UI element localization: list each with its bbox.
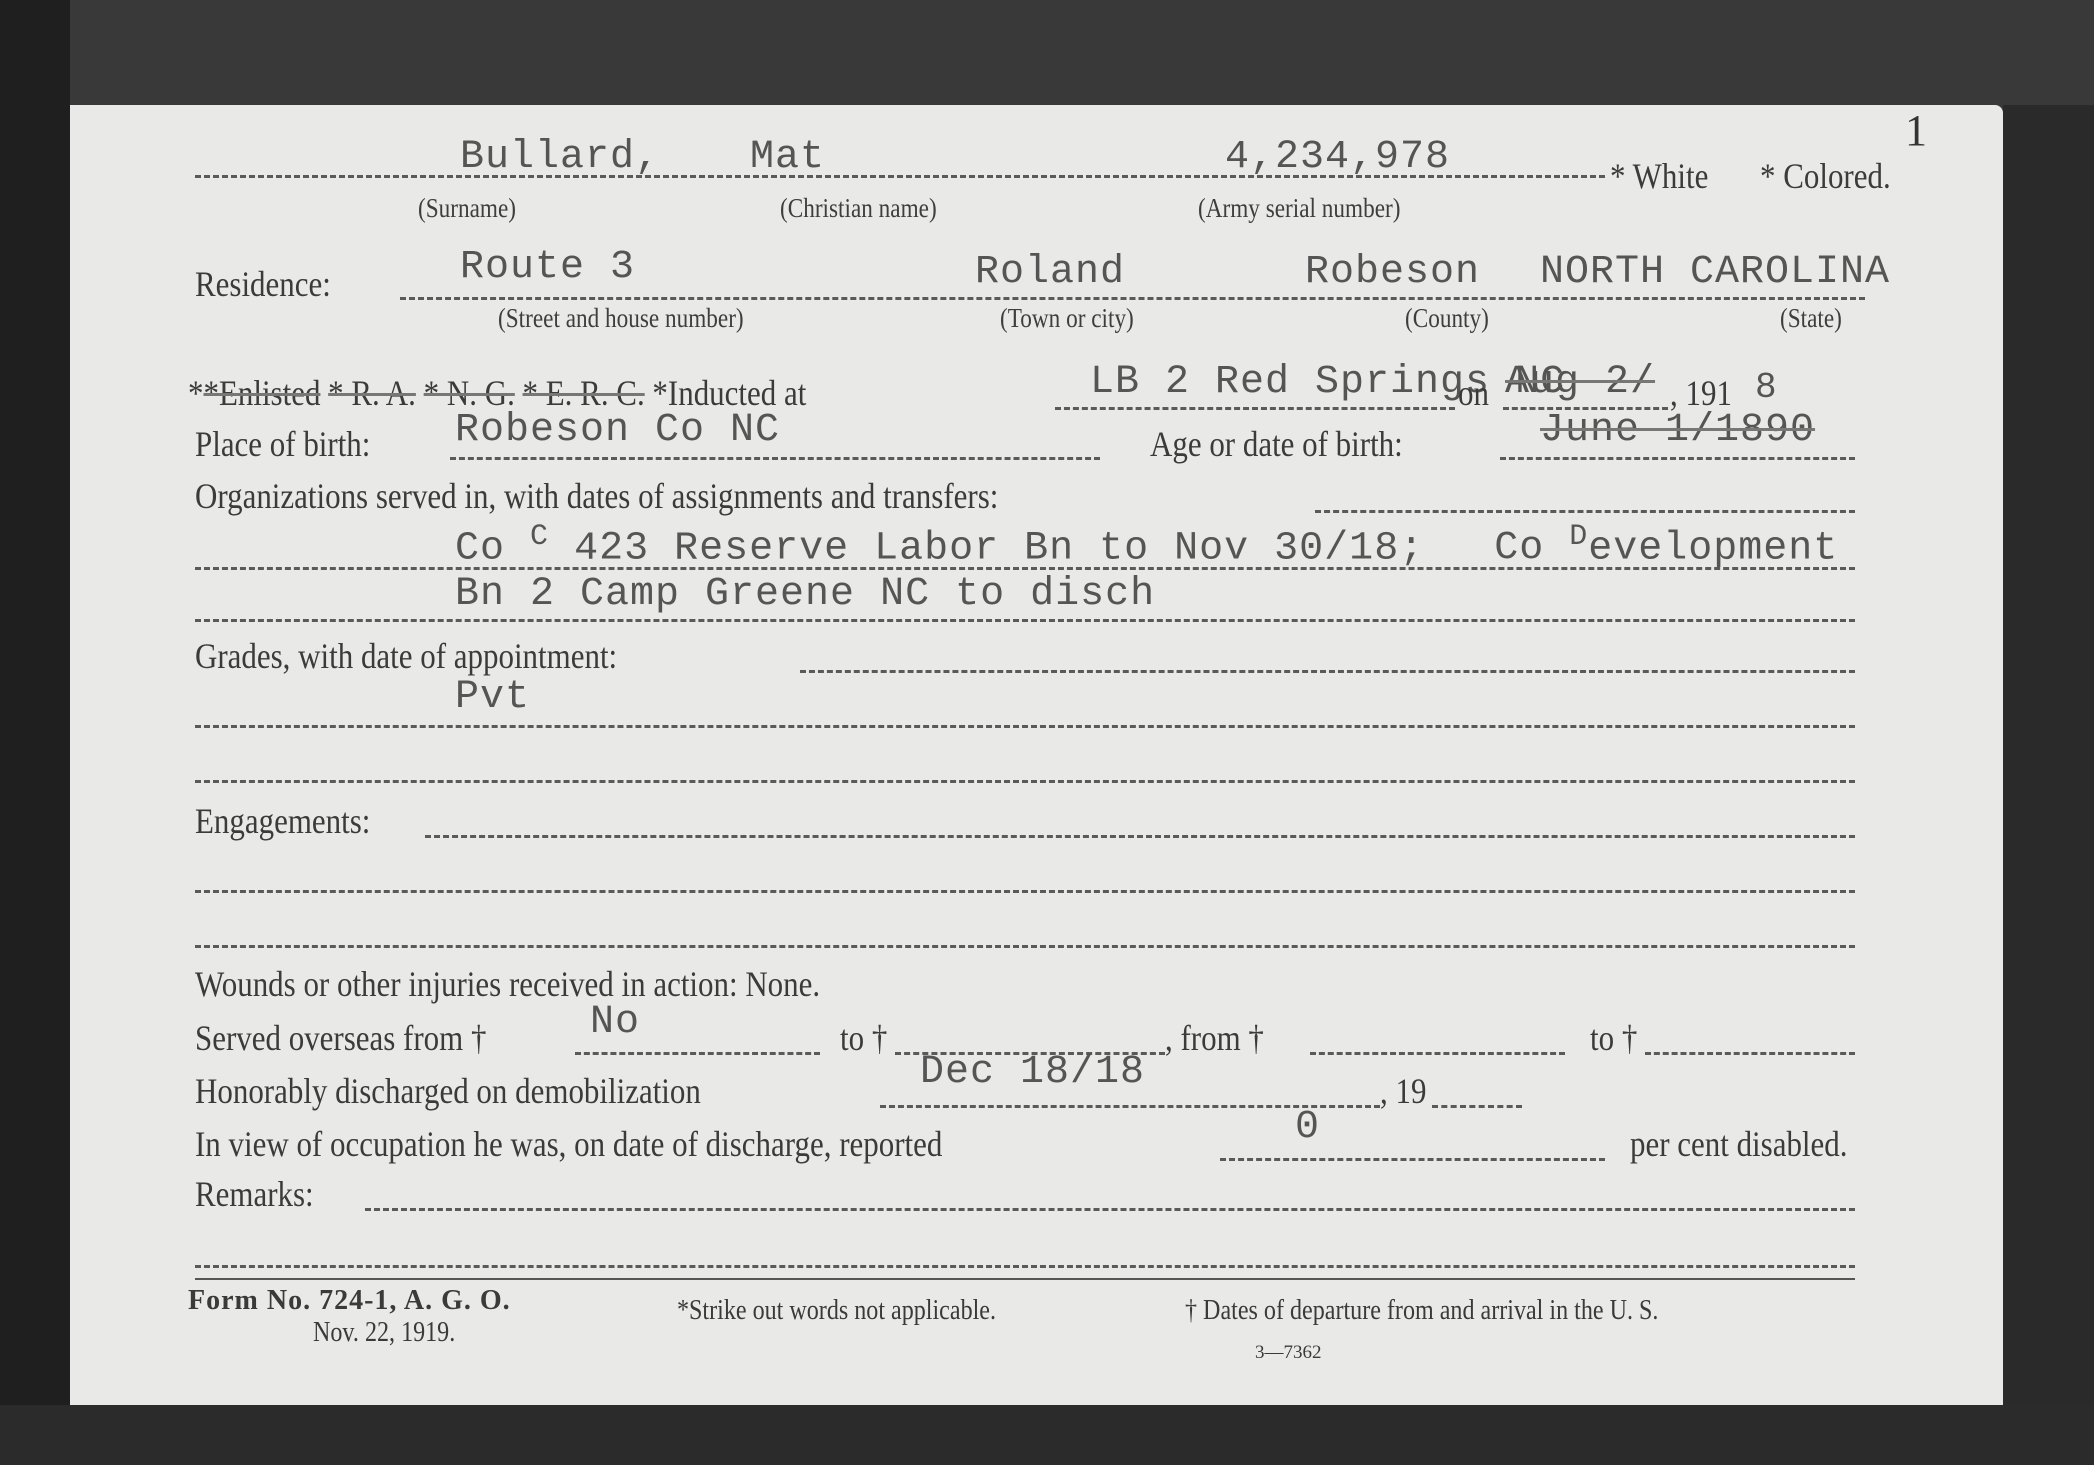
erc-struck: * E. R. C. [523, 373, 645, 413]
street-value: Route 3 [460, 245, 635, 290]
overseas-from2-label: , from † [1165, 1017, 1264, 1059]
overseas-from-label: Served overseas from † [195, 1017, 486, 1059]
serial-number-value: 4,234,978 [1225, 135, 1450, 180]
disability-percent-line [1220, 1158, 1605, 1161]
dob-value: June 1/1890 [1540, 408, 1815, 453]
engagements-line-2 [195, 945, 1855, 948]
state-caption: (State) [1780, 303, 1842, 334]
inducted-place-line [1055, 407, 1455, 410]
inducted-year-digit: 8 [1755, 367, 1778, 408]
wounds-label: Wounds or other injuries received in act… [195, 963, 820, 1005]
grades-line-2 [195, 780, 1855, 783]
place-of-birth-value: Robeson Co NC [455, 408, 780, 453]
disability-label: In view of occupation he was, on date of… [195, 1123, 942, 1165]
organizations-line-2 [195, 619, 1855, 622]
organizations-line-0 [1315, 510, 1855, 513]
print-code: 3—7362 [1255, 1342, 1322, 1364]
on-label: on [1458, 372, 1489, 414]
state-value: NORTH CAROLINA [1540, 250, 1890, 295]
ra-struck: * R. A. [328, 373, 416, 413]
inducted-place-value: LB 2 Red Springs NC [1090, 360, 1565, 405]
discharge-label: Honorably discharged on demobilization [195, 1070, 701, 1112]
overseas-to-label: to † [840, 1017, 887, 1059]
grades-label: Grades, with date of appointment: [195, 635, 617, 677]
enlisted-struck: *Enlisted [203, 373, 320, 413]
dob-line [1500, 457, 1855, 460]
christian-name-caption: (Christian name) [780, 193, 937, 224]
place-of-birth-line [450, 457, 1100, 460]
organizations-entry-2: Bn 2 Camp Greene NC to disch [455, 572, 1155, 617]
discharge-date-value: Dec 18/18 [920, 1050, 1145, 1095]
remarks-line-1 [195, 1265, 1855, 1268]
serial-caption: (Army serial number) [1198, 193, 1400, 224]
footer-divider [195, 1278, 1855, 1280]
residence-label: Residence: [195, 263, 331, 305]
surname-caption: (Surname) [418, 193, 516, 224]
race-colored-option: * Colored. [1760, 155, 1891, 197]
overseas-to2-line [1645, 1052, 1855, 1055]
christian-name-value: Mat [750, 135, 825, 180]
organizations-entry-1: Co C 423 Reserve Labor Bn to Nov 30/18; … [455, 520, 1838, 571]
remarks-line-0 [365, 1208, 1855, 1211]
residence-line [400, 297, 1865, 300]
county-value: Robeson [1305, 250, 1480, 295]
form-number: Form No. 724-1, A. G. O. [188, 1285, 511, 1317]
engagements-line-0 [425, 835, 1855, 838]
overseas-from-line [575, 1052, 820, 1055]
grade-value: Pvt [455, 675, 530, 720]
inducted-date-value: Aug 2/ [1505, 360, 1655, 405]
scanner-background-right [2003, 105, 2094, 1465]
surname-value: Bullard, [460, 135, 660, 180]
town-caption: (Town or city) [1000, 303, 1134, 334]
overseas-from2-line [1310, 1052, 1565, 1055]
disability-percent-value: 0 [1295, 1105, 1320, 1150]
grades-line-0 [800, 670, 1855, 673]
overseas-from-value: No [590, 1000, 640, 1045]
street-caption: (Street and house number) [498, 303, 744, 334]
scanner-background-left [0, 0, 70, 1465]
ng-struck: * N. G. [424, 373, 515, 413]
engagements-line-1 [195, 890, 1855, 893]
engagements-label: Engagements: [195, 800, 370, 842]
town-value: Roland [975, 250, 1125, 295]
grades-line-1 [195, 725, 1855, 728]
age-dob-label: Age or date of birth: [1150, 423, 1403, 465]
discharge-year-line [1432, 1105, 1522, 1108]
county-caption: (County) [1405, 303, 1489, 334]
organizations-label: Organizations served in, with dates of a… [195, 475, 998, 517]
form-date: Nov. 22, 1919. [313, 1317, 455, 1349]
scanner-background-bottom [0, 1405, 2094, 1465]
inducted-at-label: *Inducted at [652, 373, 806, 413]
card-number: 1 [1905, 105, 1927, 156]
race-white-option: * White [1610, 155, 1708, 197]
per-cent-disabled-label: per cent disabled. [1630, 1123, 1847, 1165]
dagger-note: † Dates of departure from and arrival in… [1185, 1295, 1658, 1327]
place-of-birth-label: Place of birth: [195, 423, 370, 465]
discharge-year-label: , 19 [1380, 1070, 1426, 1112]
remarks-label: Remarks: [195, 1173, 314, 1215]
strike-out-note: *Strike out words not applicable. [677, 1295, 996, 1327]
overseas-to2-label: to † [1590, 1017, 1637, 1059]
service-record-card: 1 Bullard, Mat 4,234,978 * White * Color… [70, 105, 2003, 1405]
